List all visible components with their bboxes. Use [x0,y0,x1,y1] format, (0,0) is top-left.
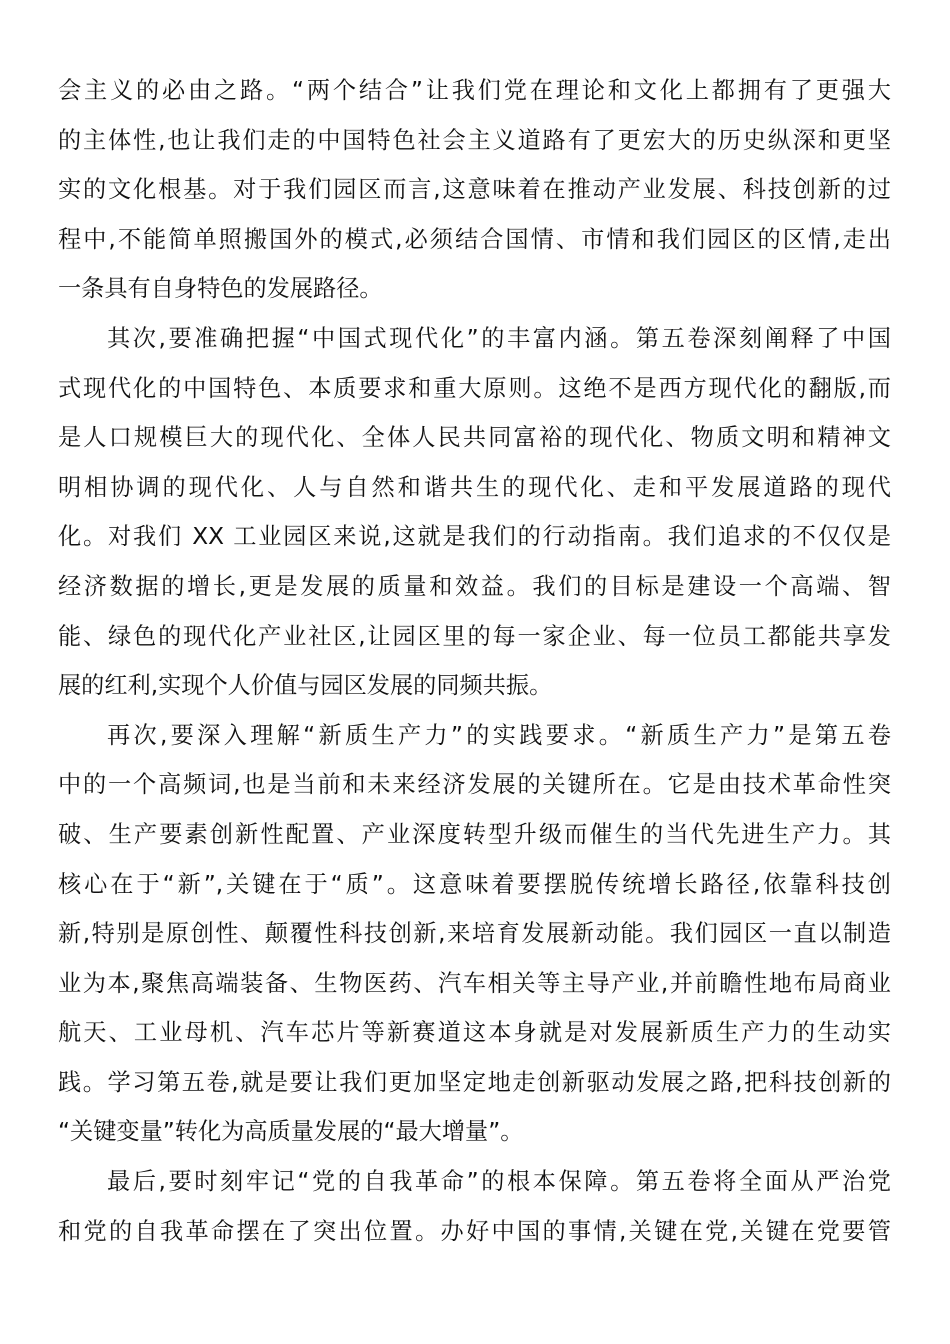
text-line: 其次,要准确把握“中国式现代化”的丰富内涵。第五卷深刻阐释了中国 [58,314,891,364]
text-line: 新,特别是原创性、颠覆性科技创新,来培育发展新动能。我们园区一直以制造 [58,909,891,959]
paragraph-4: 最后,要时刻牢记“党的自我革命”的根本保障。第五卷将全面从严治党 和党的自我革命… [58,1157,891,1256]
text-line: 经济数据的增长,更是发展的质量和效益。我们的目标是建设一个高端、智 [58,562,891,612]
text-line: 式现代化的中国特色、本质要求和重大原则。这绝不是西方现代化的翻版,而 [58,364,891,414]
text-line: 中的一个高频词,也是当前和未来经济发展的关键所在。它是由技术革命性突 [58,760,891,810]
text-line: 会主义的必由之路。“两个结合”让我们党在理论和文化上都拥有了更强大 [58,66,891,116]
text-line: 再次,要深入理解“新质生产力”的实践要求。“新质生产力”是第五卷 [58,711,891,761]
paragraph-1: 会主义的必由之路。“两个结合”让我们党在理论和文化上都拥有了更强大 的主体性,也… [58,66,891,314]
text-line: 最后,要时刻牢记“党的自我革命”的根本保障。第五卷将全面从严治党 [58,1157,891,1207]
text-line: 航天、工业母机、汽车芯片等新赛道这本身就是对发展新质生产力的生动实 [58,1008,891,1058]
text-line: 实的文化根基。对于我们园区而言,这意味着在推动产业发展、科技创新的过 [58,165,891,215]
text-line: 能、绿色的现代化产业社区,让园区里的每一家企业、每一位员工都能共享发 [58,612,891,662]
text-line: 业为本,聚焦高端装备、生物医药、汽车相关等主导产业,并前瞻性地布局商业 [58,959,891,1009]
text-line: 是人口规模巨大的现代化、全体人民共同富裕的现代化、物质文明和精神文 [58,413,891,463]
text-line: 核心在于“新”,关键在于“质”。这意味着要摆脱传统增长路径,依靠科技创 [58,860,891,910]
document-page: 会主义的必由之路。“两个结合”让我们党在理论和文化上都拥有了更强大 的主体性,也… [58,66,891,1256]
text-line: 践。学习第五卷,就是要让我们更加坚定地走创新驱动发展之路,把科技创新的 [58,1058,891,1108]
text-line: 破、生产要素创新性配置、产业深度转型升级而催生的当代先进生产力。其 [58,810,891,860]
text-line: “关键变量”转化为高质量发展的“最大增量”。 [58,1107,891,1157]
text-line: 和党的自我革命摆在了突出位置。办好中国的事情,关键在党,关键在党要管 [58,1207,891,1257]
paragraph-2: 其次,要准确把握“中国式现代化”的丰富内涵。第五卷深刻阐释了中国 式现代化的中国… [58,314,891,711]
text-line: 展的红利,实现个人价值与园区发展的同频共振。 [58,661,891,711]
text-line: 一条具有自身特色的发展路径。 [58,264,891,314]
text-line: 明相协调的现代化、人与自然和谐共生的现代化、走和平发展道路的现代 [58,463,891,513]
text-line: 化。对我们 XX 工业园区来说,这就是我们的行动指南。我们追求的不仅仅是 [58,512,891,562]
paragraph-3: 再次,要深入理解“新质生产力”的实践要求。“新质生产力”是第五卷 中的一个高频词… [58,711,891,1157]
text-line: 的主体性,也让我们走的中国特色社会主义道路有了更宏大的历史纵深和更坚 [58,116,891,166]
text-line: 程中,不能简单照搬国外的模式,必须结合国情、市情和我们园区的区情,走出 [58,215,891,265]
